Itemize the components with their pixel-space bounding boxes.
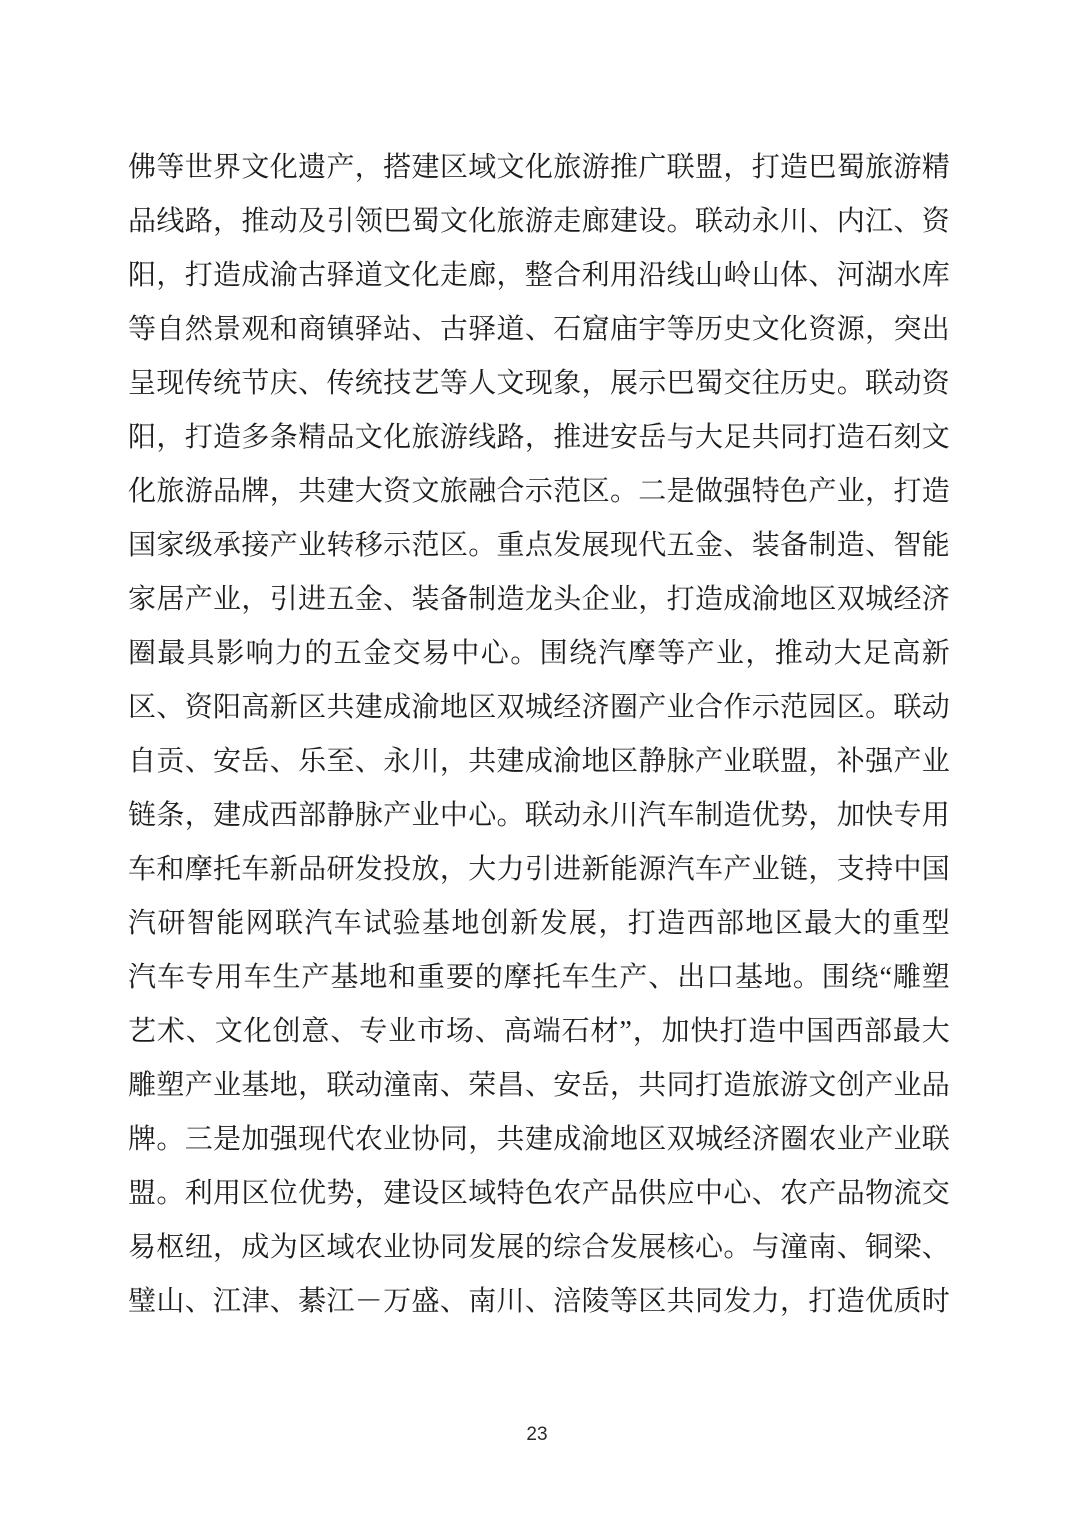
- text-line: 雕塑产业基地，联动潼南、荣昌、安岳，共同打造旅游文创产业品: [128, 1059, 950, 1113]
- body-text: 佛等世界文化遗产，搭建区域文化旅游推广联盟，打造巴蜀旅游精品线路，推动及引领巴蜀…: [128, 141, 950, 1329]
- text-line: 艺术、文化创意、专业市场、高端石材”，加快打造中国西部最大: [128, 1005, 950, 1059]
- text-line: 链条，建成西部静脉产业中心。联动永川汽车制造优势，加快专用: [128, 789, 950, 843]
- text-line: 汽车专用车生产基地和重要的摩托车生产、出口基地。围绕“雕塑: [128, 951, 950, 1005]
- text-line: 汽研智能网联汽车试验基地创新发展，打造西部地区最大的重型: [128, 897, 950, 951]
- text-line: 化旅游品牌，共建大资文旅融合示范区。二是做强特色产业，打造: [128, 465, 950, 519]
- text-line: 区、资阳高新区共建成渝地区双城经济圈产业合作示范园区。联动: [128, 681, 950, 735]
- text-line: 璧山、江津、綦江－万盛、南川、涪陵等区共同发力，打造优质时: [128, 1275, 950, 1329]
- text-line: 呈现传统节庆、传统技艺等人文现象，展示巴蜀交往历史。联动资: [128, 357, 950, 411]
- text-line: 阳，打造成渝古驿道文化走廊，整合利用沿线山岭山体、河湖水库: [128, 249, 950, 303]
- text-line: 国家级承接产业转移示范区。重点发展现代五金、装备制造、智能: [128, 519, 950, 573]
- text-line: 自贡、安岳、乐至、永川，共建成渝地区静脉产业联盟，补强产业: [128, 735, 950, 789]
- text-line: 盟。利用区位优势，建设区域特色农产品供应中心、农产品物流交: [128, 1167, 950, 1221]
- text-line: 牌。三是加强现代农业协同，共建成渝地区双城经济圈农业产业联: [128, 1113, 950, 1167]
- text-line: 阳，打造多条精品文化旅游线路，推进安岳与大足共同打造石刻文: [128, 411, 950, 465]
- text-line: 易枢纽，成为区域农业协同发展的综合发展核心。与潼南、铜梁、: [128, 1221, 950, 1275]
- page-number: 23: [0, 1424, 1074, 1446]
- text-line: 品线路，推动及引领巴蜀文化旅游走廊建设。联动永川、内江、资: [128, 195, 950, 249]
- document-page: 佛等世界文化遗产，搭建区域文化旅游推广联盟，打造巴蜀旅游精品线路，推动及引领巴蜀…: [0, 0, 1074, 1520]
- text-line: 圈最具影响力的五金交易中心。围绕汽摩等产业，推动大足高新: [128, 627, 950, 681]
- text-line: 车和摩托车新品研发投放，大力引进新能源汽车产业链，支持中国: [128, 843, 950, 897]
- text-line: 家居产业，引进五金、装备制造龙头企业，打造成渝地区双城经济: [128, 573, 950, 627]
- text-line: 佛等世界文化遗产，搭建区域文化旅游推广联盟，打造巴蜀旅游精: [128, 141, 950, 195]
- text-line: 等自然景观和商镇驿站、古驿道、石窟庙宇等历史文化资源，突出: [128, 303, 950, 357]
